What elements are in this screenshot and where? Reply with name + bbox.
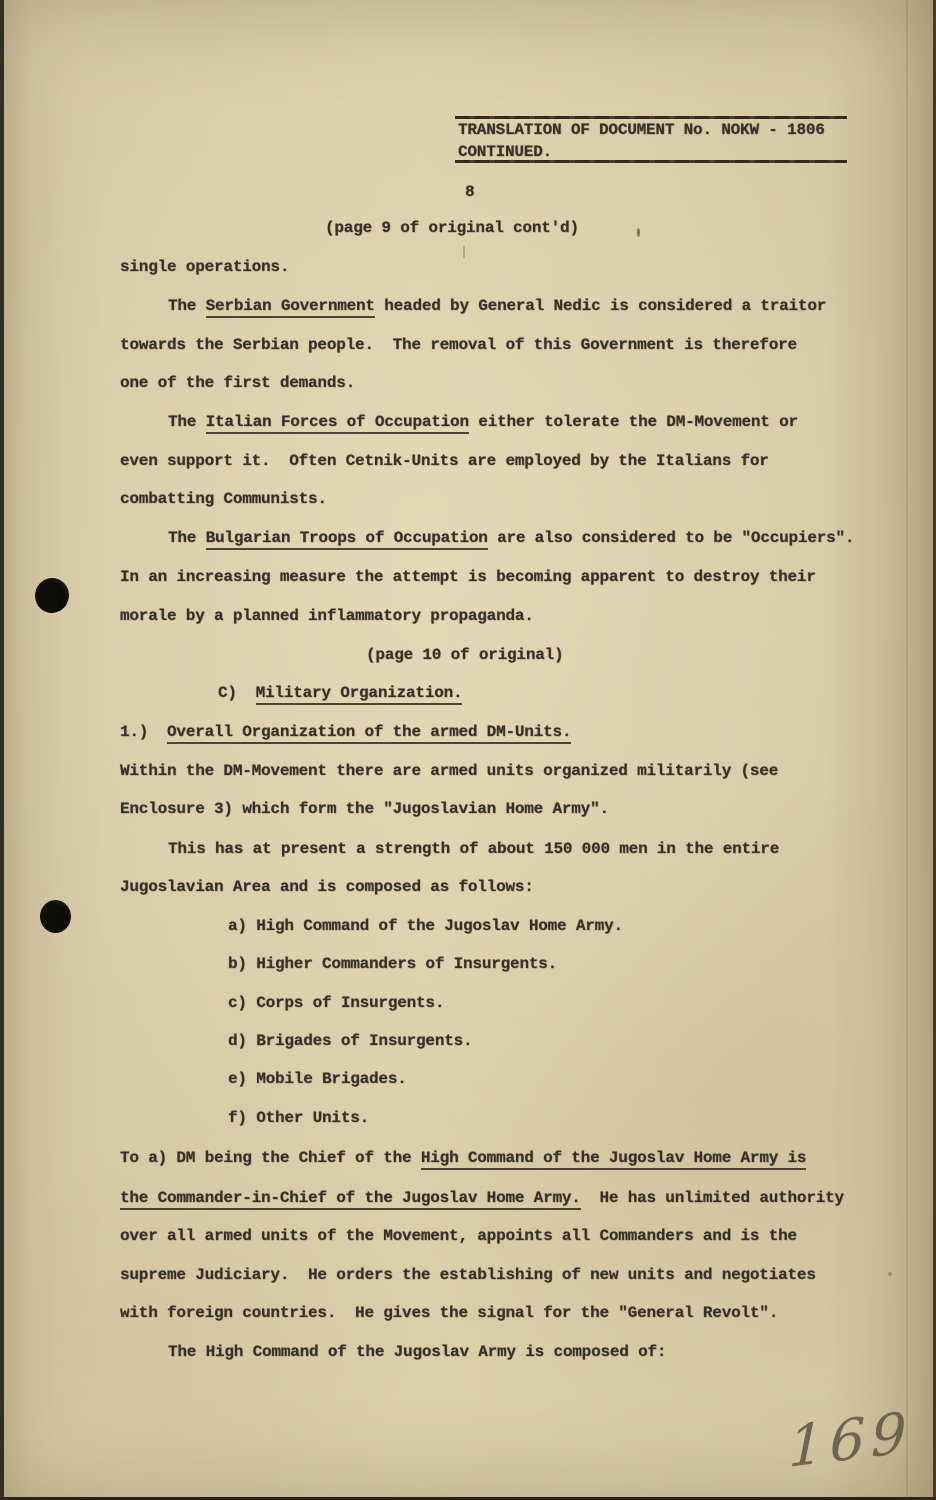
text-line: f) Other Units. — [228, 1109, 369, 1127]
text-segment: morale by a planned inflammatory propaga… — [120, 607, 534, 625]
text-segment: He has unlimited authority — [581, 1189, 844, 1207]
text-line: To a) DM being the Chief of the High Com… — [120, 1149, 806, 1167]
text-segment: In an increasing measure the attempt is … — [120, 568, 816, 586]
text-line: combatting Communists. — [120, 490, 327, 508]
handwritten-page-number: 169 — [788, 1400, 913, 1481]
text-line: The Italian Forces of Occupation either … — [168, 413, 798, 431]
text-line: (page 9 of original cont'd) — [325, 219, 579, 237]
underlined-text-segment: Overall Organization of the armed DM-Uni… — [167, 723, 571, 744]
text-segment: headed by General Nedic is considered a … — [375, 297, 826, 315]
text-segment: The High Command of the Jugoslav Army is… — [168, 1343, 666, 1361]
text-segment: 1.) — [120, 723, 167, 741]
text-segment: The — [168, 297, 206, 315]
page-number: 8 — [465, 183, 474, 201]
underlined-text-segment: Italian Forces of Occupation — [206, 413, 469, 434]
text-line: a) High Command of the Jugoslav Home Arm… — [228, 917, 623, 935]
text-segment: The — [168, 413, 206, 431]
ink-speck — [637, 228, 640, 237]
text-line: one of the first demands. — [120, 374, 355, 392]
paper-crease — [906, 0, 908, 1500]
underlined-text-segment: Serbian Government — [206, 297, 375, 318]
text-segment: Jugoslavian Area and is composed as foll… — [120, 878, 534, 896]
text-line: C) Military Organization. — [218, 684, 462, 702]
text-line: b) Higher Commanders of Insurgents. — [228, 955, 557, 973]
text-segment: To a) DM being the Chief of the — [120, 1149, 421, 1167]
text-line: single operations. — [120, 258, 289, 276]
header-top-rule — [455, 116, 847, 119]
text-segment: c) Corps of Insurgents. — [228, 994, 444, 1012]
header-bottom-rule — [455, 160, 847, 163]
text-segment: (page 10 of original) — [366, 646, 563, 664]
text-line: over all armed units of the Movement, ap… — [120, 1227, 797, 1245]
text-line: e) Mobile Brigades. — [228, 1070, 407, 1088]
text-line: Enclosure 3) which form the "Jugoslavian… — [120, 800, 609, 818]
underlined-text-segment: the Commander-in-Chief of the Jugoslav H… — [120, 1189, 581, 1210]
header-document-title: TRANSLATION OF DOCUMENT No. NOKW - 1806 — [458, 121, 825, 139]
hole-punch-bottom — [40, 900, 71, 933]
text-line: c) Corps of Insurgents. — [228, 994, 444, 1012]
text-segment: a) High Command of the Jugoslav Home Arm… — [228, 917, 623, 935]
ink-speck — [888, 1272, 892, 1276]
text-segment: This has at present a strength of about … — [168, 840, 779, 858]
text-line: In an increasing measure the attempt is … — [120, 568, 816, 586]
text-segment: over all armed units of the Movement, ap… — [120, 1227, 797, 1245]
underlined-text-segment: Military Organization. — [256, 684, 463, 705]
text-line: towards the Serbian people. The removal … — [120, 336, 797, 354]
text-segment: towards the Serbian people. The removal … — [120, 336, 797, 354]
text-segment: supreme Judiciary. He orders the establi… — [120, 1266, 816, 1284]
text-segment: C) — [218, 684, 256, 702]
text-segment: combatting Communists. — [120, 490, 327, 508]
text-line: morale by a planned inflammatory propaga… — [120, 607, 534, 625]
hole-punch-top — [33, 576, 72, 615]
text-line: d) Brigades of Insurgents. — [228, 1032, 472, 1050]
text-segment: either tolerate the DM-Movement or — [469, 413, 798, 431]
text-line: This has at present a strength of about … — [168, 840, 779, 858]
text-line: with foreign countries. He gives the sig… — [120, 1304, 778, 1322]
ink-speck — [463, 245, 465, 259]
text-segment: Within the DM-Movement there are armed u… — [120, 762, 778, 780]
text-segment: with foreign countries. He gives the sig… — [120, 1304, 778, 1322]
text-segment: are also considered to be "Occupiers". — [488, 529, 855, 547]
text-line: The Serbian Government headed by General… — [168, 297, 826, 315]
underlined-text-segment: Bulgarian Troops of Occupation — [206, 529, 488, 550]
text-line: The High Command of the Jugoslav Army is… — [168, 1343, 666, 1361]
text-line: supreme Judiciary. He orders the establi… — [120, 1266, 816, 1284]
text-line: the Commander-in-Chief of the Jugoslav H… — [120, 1189, 844, 1207]
text-segment: b) Higher Commanders of Insurgents. — [228, 955, 557, 973]
page-edge-left — [0, 0, 4, 1500]
text-segment: (page 9 of original cont'd) — [325, 219, 579, 237]
text-segment: single operations. — [120, 258, 289, 276]
text-segment: e) Mobile Brigades. — [228, 1070, 407, 1088]
text-segment: f) Other Units. — [228, 1109, 369, 1127]
underlined-text-segment: High Command of the Jugoslav Home Army i… — [421, 1149, 806, 1170]
text-segment: even support it. Often Cetnik-Units are … — [120, 452, 769, 470]
text-segment: Enclosure 3) which form the "Jugoslavian… — [120, 800, 609, 818]
text-line: 1.) Overall Organization of the armed DM… — [120, 723, 571, 741]
text-segment: one of the first demands. — [120, 374, 355, 392]
text-line: Within the DM-Movement there are armed u… — [120, 762, 778, 780]
scanned-page: TRANSLATION OF DOCUMENT No. NOKW - 1806 … — [0, 0, 936, 1500]
text-line: The Bulgarian Troops of Occupation are a… — [168, 529, 854, 547]
text-line: Jugoslavian Area and is composed as foll… — [120, 878, 534, 896]
header-continued-label: CONTINUED. — [458, 143, 552, 161]
text-segment: The — [168, 529, 206, 547]
text-segment: d) Brigades of Insurgents. — [228, 1032, 472, 1050]
text-line: (page 10 of original) — [366, 646, 563, 664]
text-line: even support it. Often Cetnik-Units are … — [120, 452, 769, 470]
